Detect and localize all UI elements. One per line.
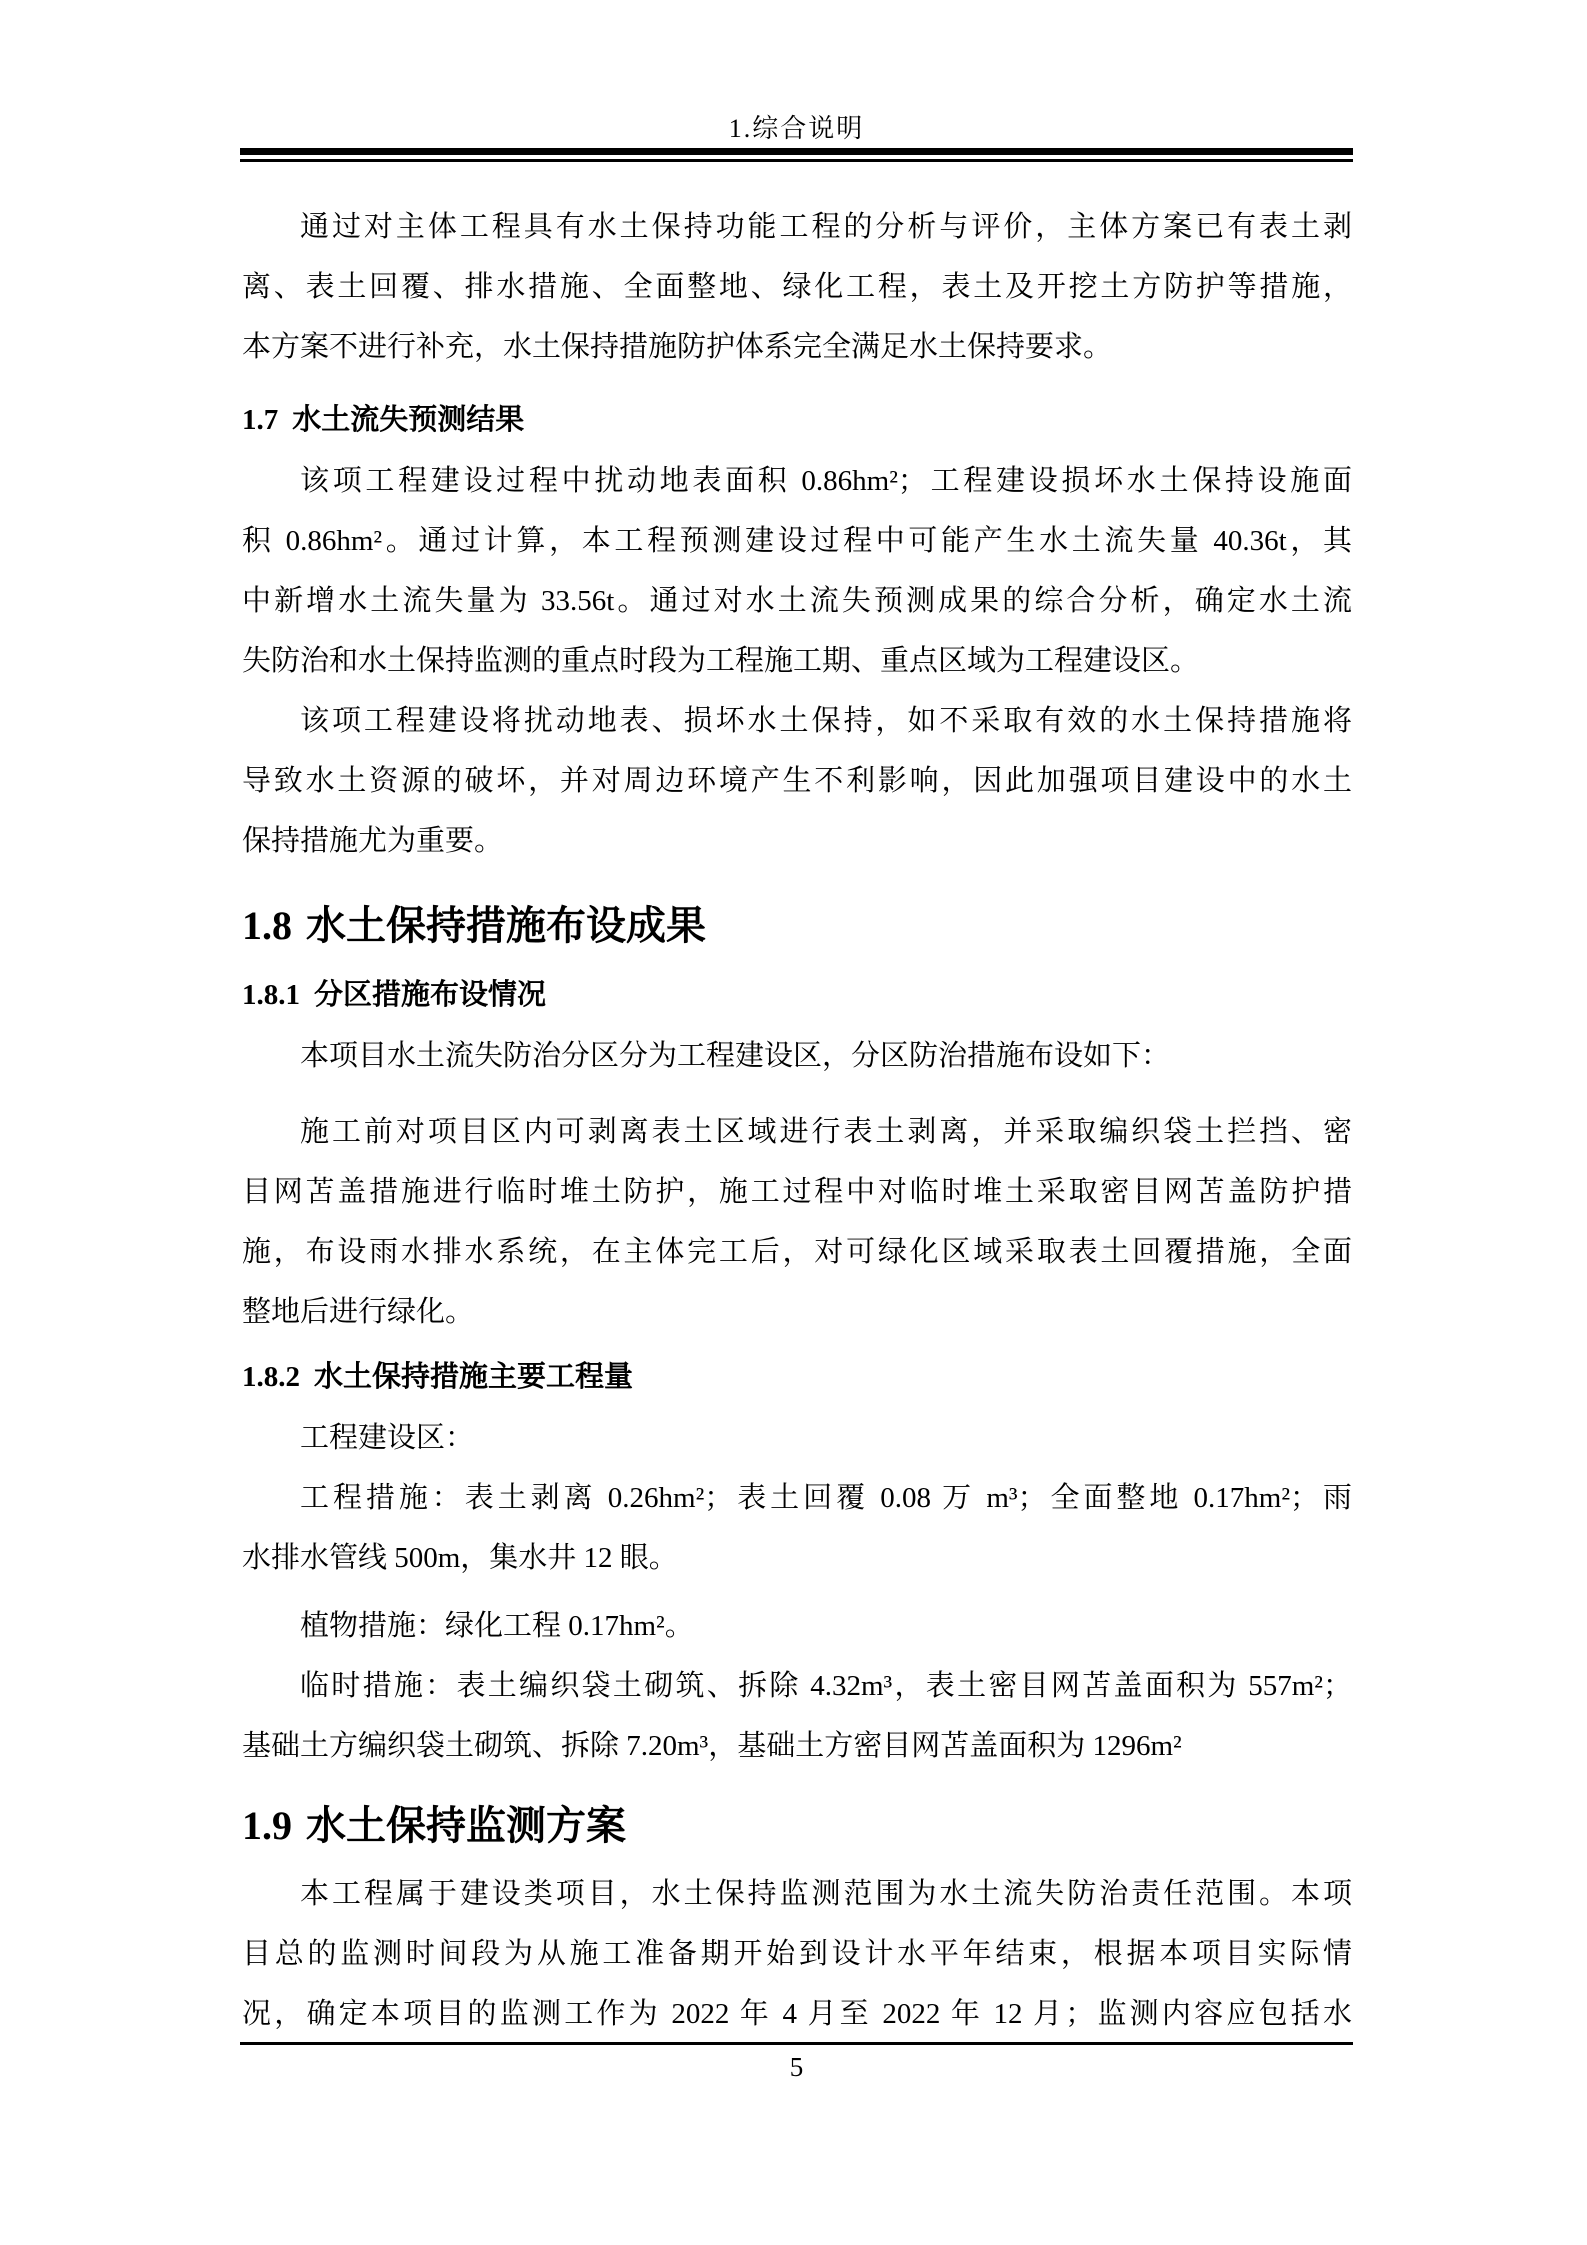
- section-heading-1-9: 1.9水土保持监测方案: [242, 1788, 1352, 1864]
- text-line: 况，确定本项目的监测工作为 2022 年 4 月至 2022 年 12 月；监测…: [242, 1984, 1352, 2044]
- text-line: 临时措施：表土编织袋土砌筑、拆除 4.32m³，表土密目网苫盖面积为 557m²…: [242, 1656, 1352, 1716]
- heading-text: 水土保持措施布设成果: [306, 903, 706, 948]
- text-line: 保持措施尤为重要。: [242, 811, 1352, 871]
- heading-text: 分区措施布设情况: [314, 979, 546, 1011]
- text-line: 本方案不进行补充，水土保持措施防护体系完全满足水土保持要求。: [242, 317, 1352, 377]
- heading-number: 1.8.2: [242, 1361, 300, 1393]
- heading-text: 水土流失预测结果: [292, 404, 524, 436]
- paragraph-zoning-measures: 施工前对项目区内可剥离表土区域进行表土剥离，并采取编织袋土拦挡、密 目网苫盖措施…: [242, 1102, 1352, 1342]
- heading-number: 1.7: [242, 404, 278, 436]
- text-line: 工程措施：表土剥离 0.26hm²；表土回覆 0.08 万 m³；全面整地 0.…: [242, 1468, 1352, 1528]
- text-line: 施，布设雨水排水系统，在主体完工后，对可绿化区域采取表土回覆措施，全面: [242, 1222, 1352, 1282]
- text-line: 水排水管线 500m，集水井 12 眼。: [242, 1528, 1352, 1588]
- text-line: 目总的监测时间段为从施工准备期开始到设计水平年结束，根据本项目实际情: [242, 1924, 1352, 1984]
- text-line: 工程建设区：: [242, 1408, 1352, 1468]
- text-line: 植物措施：绿化工程 0.17hm²。: [242, 1596, 1352, 1656]
- document-page: 1.综合说明 通过对主体工程具有水土保持功能工程的分析与评价，主体方案已有表土剥…: [0, 0, 1587, 2245]
- text-line: 积 0.86hm²。通过计算，本工程预测建设过程中可能产生水土流失量 40.36…: [242, 511, 1352, 571]
- header-rule: [240, 148, 1353, 162]
- section-heading-1-7: 1.7水土流失预测结果: [242, 389, 1352, 451]
- paragraph-temporary-measures: 临时措施：表土编织袋土砌筑、拆除 4.32m³，表土密目网苫盖面积为 557m²…: [242, 1656, 1352, 1776]
- text-line: 中新增水土流失量为 33.56t。通过对水土流失预测成果的综合分析，确定水土流: [242, 571, 1352, 631]
- paragraph-prediction-result: 该项工程建设过程中扰动地表面积 0.86hm²；工程建设损坏水土保持设施面 积 …: [242, 451, 1352, 691]
- text-line: 本项目水土流失防治分区分为工程建设区，分区防治措施布设如下：: [242, 1026, 1352, 1086]
- text-line: 本工程属于建设类项目，水土保持监测范围为水土流失防治责任范围。本项: [242, 1864, 1352, 1924]
- text-line: 离、表土回覆、排水措施、全面整地、绿化工程，表土及开挖土方防护等措施，: [242, 257, 1352, 317]
- document-body: 通过对主体工程具有水土保持功能工程的分析与评价，主体方案已有表土剥 离、表土回覆…: [242, 197, 1352, 2044]
- text-line: 该项工程建设过程中扰动地表面积 0.86hm²；工程建设损坏水土保持设施面: [242, 451, 1352, 511]
- paragraph-overview: 通过对主体工程具有水土保持功能工程的分析与评价，主体方案已有表土剥 离、表土回覆…: [242, 197, 1352, 377]
- heading-number: 1.9: [242, 1803, 292, 1848]
- section-heading-1-8-2: 1.8.2水土保持措施主要工程量: [242, 1346, 1352, 1408]
- paragraph-impact: 该项工程建设将扰动地表、损坏水土保持，如不采取有效的水土保持措施将 导致水土资源…: [242, 691, 1352, 871]
- text-line: 施工前对项目区内可剥离表土区域进行表土剥离，并采取编织袋土拦挡、密: [242, 1102, 1352, 1162]
- heading-text: 水土保持措施主要工程量: [314, 1361, 633, 1393]
- text-line: 目网苫盖措施进行临时堆土防护，施工过程中对临时堆土采取密目网苫盖防护措: [242, 1162, 1352, 1222]
- text-line: 整地后进行绿化。: [242, 1282, 1352, 1342]
- text-line: 通过对主体工程具有水土保持功能工程的分析与评价，主体方案已有表土剥: [242, 197, 1352, 257]
- heading-number: 1.8: [242, 903, 292, 948]
- paragraph-zoning-intro: 本项目水土流失防治分区分为工程建设区，分区防治措施布设如下：: [242, 1026, 1352, 1086]
- paragraph-construction-zone: 工程建设区：: [242, 1408, 1352, 1468]
- page-number: 5: [240, 2052, 1353, 2083]
- paragraph-engineering-measures: 工程措施：表土剥离 0.26hm²；表土回覆 0.08 万 m³；全面整地 0.…: [242, 1468, 1352, 1588]
- footer-rule: [240, 2042, 1353, 2045]
- paragraph-monitoring: 本工程属于建设类项目，水土保持监测范围为水土流失防治责任范围。本项 目总的监测时…: [242, 1864, 1352, 2044]
- page-header-title: 1.综合说明: [240, 108, 1353, 145]
- section-heading-1-8: 1.8水土保持措施布设成果: [242, 888, 1352, 964]
- paragraph-plant-measures: 植物措施：绿化工程 0.17hm²。: [242, 1596, 1352, 1656]
- text-line: 该项工程建设将扰动地表、损坏水土保持，如不采取有效的水土保持措施将: [242, 691, 1352, 751]
- heading-text: 水土保持监测方案: [306, 1803, 626, 1848]
- text-line: 失防治和水土保持监测的重点时段为工程施工期、重点区域为工程建设区。: [242, 631, 1352, 691]
- heading-number: 1.8.1: [242, 979, 300, 1011]
- text-line: 导致水土资源的破坏，并对周边环境产生不利影响，因此加强项目建设中的水土: [242, 751, 1352, 811]
- text-line: 基础土方编织袋土砌筑、拆除 7.20m³，基础土方密目网苫盖面积为 1296m²: [242, 1716, 1352, 1776]
- section-heading-1-8-1: 1.8.1分区措施布设情况: [242, 964, 1352, 1026]
